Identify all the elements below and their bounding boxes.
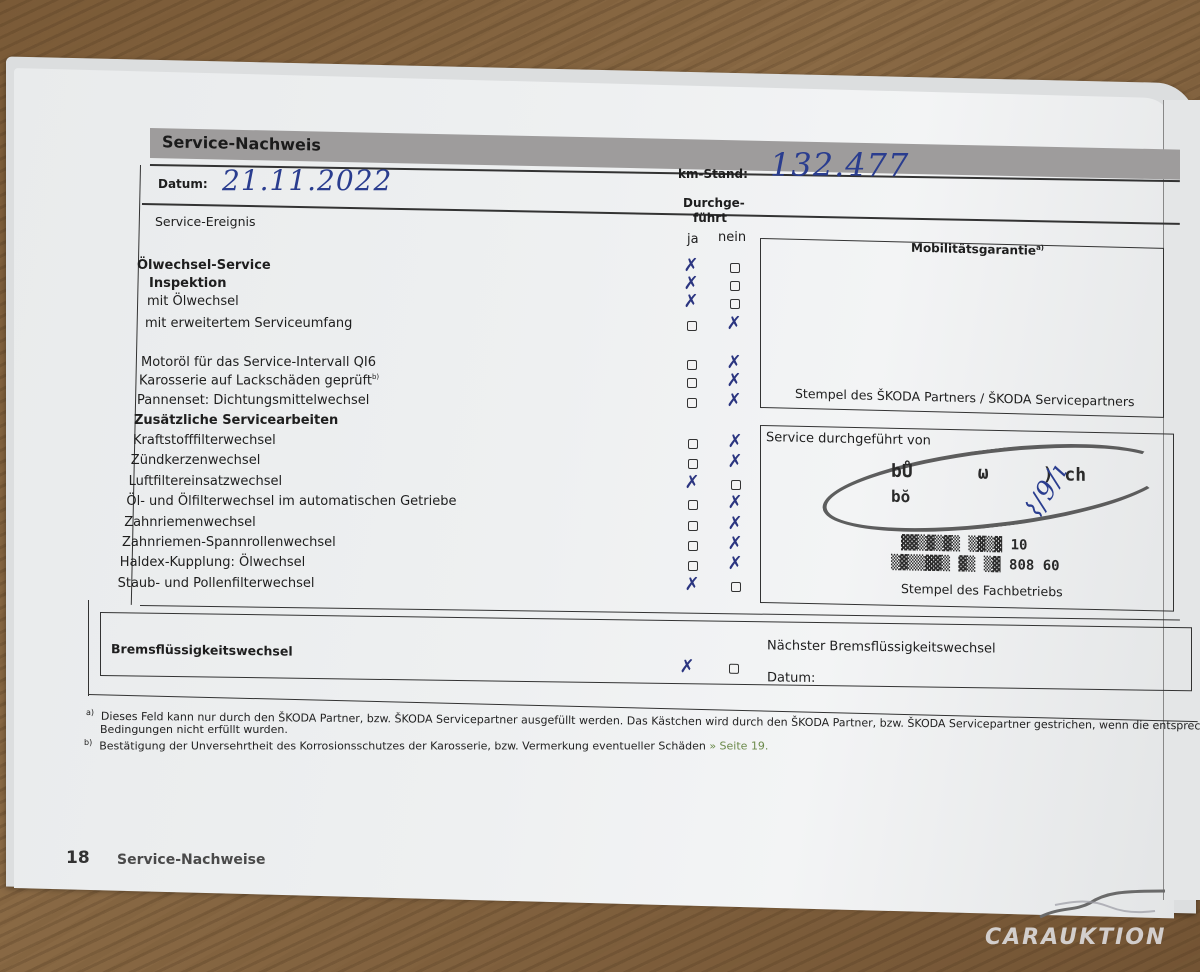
done-header: führt — [693, 211, 727, 225]
footnote-mark: a) — [86, 708, 94, 717]
service-item-text: Pannenset: Dichtungsmittelwechsel — [137, 393, 369, 408]
additional-item-label: Staub- und Pollenfilterwechsel — [118, 576, 315, 591]
checkbox-nein-checked[interactable]: ✗ — [727, 556, 743, 572]
service-item-text: Inspektion — [149, 276, 226, 291]
brake-yes-checkbox-checked[interactable]: ✗ — [679, 659, 695, 675]
service-item-label: Pannenset: Dichtungsmittelwechsel — [137, 393, 369, 408]
service-item-label: mit erweitertem Serviceumfang — [145, 316, 352, 331]
next-brake-date-label: Datum: — [767, 670, 815, 686]
footnote-b: b) Bestätigung der Unversehrtheit des Ko… — [84, 738, 768, 753]
service-item-text: Karosserie auf Lackschäden geprüft — [139, 373, 372, 388]
footnote-ref: a) — [1036, 244, 1044, 252]
checkbox-nein[interactable] — [731, 582, 741, 592]
mobility-title-text: Mobilitätsgarantie — [911, 241, 1036, 258]
service-item-label: Ölwechsel-Service — [137, 258, 271, 273]
checkbox-nein-checked[interactable]: ✗ — [727, 495, 743, 511]
checkbox-nein[interactable] — [730, 299, 740, 309]
checkbox-nein[interactable] — [730, 263, 740, 273]
service-item-label: mit Ölwechsel — [147, 294, 239, 309]
service-item-text: Motoröl für das Service-Intervall QI6 — [141, 355, 376, 370]
checkbox-nein-checked[interactable]: ✗ — [727, 516, 743, 532]
additional-item-label: Öl- und Ölfilterwechsel im automatischen… — [126, 494, 456, 509]
footnote-a-cont: Bedingungen nicht erfüllt wurden. — [100, 723, 288, 736]
dealer-stamp-text: bŏ — [891, 487, 910, 506]
dealer-stamp-text: ▓▓▒▓▒▓▒ ▒▓▒▓ 10 — [901, 535, 1027, 554]
dealer-stamp-text: ▒▓▒▒▓▓▒ ▓▒ ▒▓ 808 60 — [891, 555, 1060, 575]
page-link[interactable]: » Seite 19. — [709, 740, 768, 753]
footnote-ref: b) — [372, 373, 379, 381]
next-brake-label: Nächster Bremsflüssigkeitswechsel — [767, 638, 996, 656]
section-title: Service-Nachweise — [117, 852, 266, 868]
checkbox-ja[interactable] — [688, 500, 698, 510]
checkbox-ja[interactable] — [687, 321, 697, 331]
checkbox-nein-checked[interactable]: ✗ — [726, 316, 742, 332]
checkbox-ja[interactable] — [687, 398, 697, 408]
done-header: Durchge- — [683, 196, 745, 210]
service-item-label: Motoröl für das Service-Intervall QI6 — [141, 355, 376, 370]
page-number: 18 — [66, 848, 90, 868]
service-item-text: mit Ölwechsel — [147, 294, 239, 309]
checkbox-nein-checked[interactable]: ✗ — [726, 393, 742, 409]
col-no-header: nein — [718, 230, 746, 245]
footnote-text: Bestätigung der Unversehrtheit des Korro… — [99, 740, 706, 753]
checkbox-ja[interactable] — [688, 459, 698, 469]
checkbox-ja-checked[interactable]: ✗ — [683, 276, 699, 292]
service-by-title: Service durchgeführt von — [766, 430, 931, 448]
service-item-label: Karosserie auf Lackschäden geprüftb) — [139, 373, 379, 388]
checkbox-nein[interactable] — [730, 281, 740, 291]
checkbox-nein-checked[interactable]: ✗ — [727, 454, 743, 470]
additional-item-label: Luftfiltereinsatzwechsel — [129, 474, 283, 489]
checkbox-nein[interactable] — [731, 480, 741, 490]
checkbox-ja-checked[interactable]: ✗ — [683, 294, 699, 310]
service-item-label: Inspektion — [149, 276, 226, 291]
carauktion-logo-icon — [1030, 885, 1180, 925]
checkbox-nein-checked[interactable]: ✗ — [727, 434, 743, 450]
checkbox-ja[interactable] — [688, 561, 698, 571]
col-yes-header: ja — [687, 232, 699, 247]
checkbox-ja[interactable] — [687, 360, 697, 370]
brake-no-checkbox[interactable] — [729, 664, 739, 674]
additional-item-label: Zahnriemen-Spannrollenwechsel — [122, 535, 336, 550]
checkbox-ja-checked[interactable]: ✗ — [683, 258, 699, 274]
checkbox-nein-checked[interactable]: ✗ — [726, 355, 742, 371]
event-header: Service-Ereignis — [155, 214, 255, 229]
page-title: Service-Nachweis — [162, 132, 321, 154]
service-by-stamp-caption: Stempel des Fachbetriebs — [901, 581, 1063, 599]
checkbox-ja[interactable] — [688, 439, 698, 449]
additional-header: Zusätzliche Servicearbeiten — [134, 413, 338, 428]
checkbox-ja[interactable] — [688, 521, 698, 531]
service-item-text: mit erweitertem Serviceumfang — [145, 316, 352, 331]
checkbox-nein-checked[interactable]: ✗ — [727, 536, 743, 552]
mobility-stamp-caption: Stempel des ŠKODA Partners / ŠKODA Servi… — [795, 386, 1135, 409]
additional-item-label: Zahnriemenwechsel — [124, 515, 256, 530]
checkbox-ja[interactable] — [688, 541, 698, 551]
additional-item-label: Zündkerzenwechsel — [131, 453, 261, 468]
additional-item-label: Kraftstofffilterwechsel — [133, 433, 276, 448]
mobility-title: Mobilitätsgarantiea) — [911, 241, 1044, 258]
service-item-text: Ölwechsel-Service — [137, 258, 271, 273]
checkbox-ja[interactable] — [687, 378, 697, 388]
divider — [88, 600, 89, 696]
checkbox-ja-checked[interactable]: ✗ — [684, 475, 700, 491]
brake-label: Bremsflüssigkeitswechsel — [111, 641, 293, 659]
watermark: CARAUKTION — [985, 925, 1166, 950]
checkbox-nein-checked[interactable]: ✗ — [726, 373, 742, 389]
footnote-mark: b) — [84, 738, 92, 747]
checkbox-ja-checked[interactable]: ✗ — [684, 577, 700, 593]
service-by-box: Service durchgeführt von bŮ ω ) ch bŏ ⌇/… — [760, 425, 1174, 612]
additional-item-label: Haldex-Kupplung: Ölwechsel — [120, 555, 305, 570]
mobility-box: Mobilitätsgarantiea) Stempel des ŠKODA P… — [760, 238, 1164, 418]
